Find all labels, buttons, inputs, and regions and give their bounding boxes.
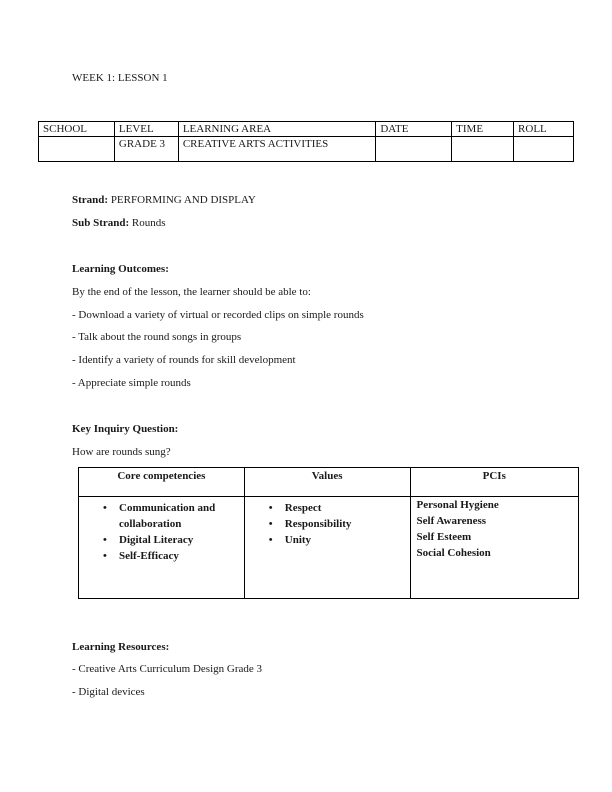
- pci-item: Self Awareness: [415, 513, 574, 529]
- value-cell-school: [39, 137, 115, 162]
- sub-strand-label: Sub Strand:: [72, 217, 129, 229]
- lesson-title: WEEK 1: LESSON 1: [72, 72, 168, 84]
- header-cell-learning-area: LEARNING AREA: [178, 122, 375, 137]
- pci-item: Personal Hygiene: [415, 497, 574, 513]
- core-competencies-cell: Communication and collaboration Digital …: [79, 497, 245, 599]
- value-cell-roll: [514, 137, 574, 162]
- core-competencies-header: Core competencies: [79, 468, 245, 497]
- value-item: Responsibility: [249, 516, 406, 532]
- pci-item: Self Esteem: [415, 529, 574, 545]
- values-cell: Respect Responsibility Unity: [244, 497, 410, 599]
- learning-resources-heading: Learning Resources:: [72, 641, 169, 653]
- header-cell-school: SCHOOL: [39, 122, 115, 137]
- learning-outcomes-intro: By the end of the lesson, the learner sh…: [72, 286, 311, 298]
- core-competency-item: Digital Literacy: [83, 532, 240, 548]
- lesson-header-table: SCHOOL LEVEL LEARNING AREA DATE TIME ROL…: [38, 121, 574, 162]
- core-competency-item: Communication and collaboration: [83, 500, 240, 532]
- value-cell-level: GRADE 3: [114, 137, 178, 162]
- pcis-cell: Personal Hygiene Self Awareness Self Est…: [410, 497, 578, 599]
- value-cell-time: [452, 137, 514, 162]
- header-cell-date: DATE: [376, 122, 452, 137]
- learning-outcome-item: - Appreciate simple rounds: [72, 377, 191, 389]
- competencies-table: Core competencies Values PCIs Communicat…: [78, 467, 579, 599]
- pcis-header: PCIs: [410, 468, 578, 497]
- strand-value: PERFORMING AND DISPLAY: [111, 194, 256, 206]
- key-inquiry-question: How are rounds sung?: [72, 446, 171, 458]
- pci-item: Social Cohesion: [415, 545, 574, 561]
- learning-resource-item: - Digital devices: [72, 686, 145, 698]
- values-header: Values: [244, 468, 410, 497]
- key-inquiry-heading: Key Inquiry Question:: [72, 423, 178, 435]
- strand-line: Strand: PERFORMING AND DISPLAY: [72, 194, 256, 206]
- core-competency-item: Self-Efficacy: [83, 548, 240, 564]
- value-cell-learning-area: CREATIVE ARTS ACTIVITIES: [178, 137, 375, 162]
- header-cell-level: LEVEL: [114, 122, 178, 137]
- strand-label: Strand:: [72, 194, 108, 206]
- learning-resource-item: - Creative Arts Curriculum Design Grade …: [72, 663, 262, 675]
- sub-strand-line: Sub Strand: Rounds: [72, 217, 166, 229]
- header-cell-roll: ROLL: [514, 122, 574, 137]
- value-item: Unity: [249, 532, 406, 548]
- value-cell-date: [376, 137, 452, 162]
- learning-outcomes-heading: Learning Outcomes:: [72, 263, 169, 275]
- sub-strand-value: Rounds: [132, 217, 166, 229]
- header-cell-time: TIME: [452, 122, 514, 137]
- learning-outcome-item: - Talk about the round songs in groups: [72, 331, 241, 343]
- value-item: Respect: [249, 500, 406, 516]
- learning-outcome-item: - Identify a variety of rounds for skill…: [72, 354, 296, 366]
- learning-outcome-item: - Download a variety of virtual or recor…: [72, 309, 364, 321]
